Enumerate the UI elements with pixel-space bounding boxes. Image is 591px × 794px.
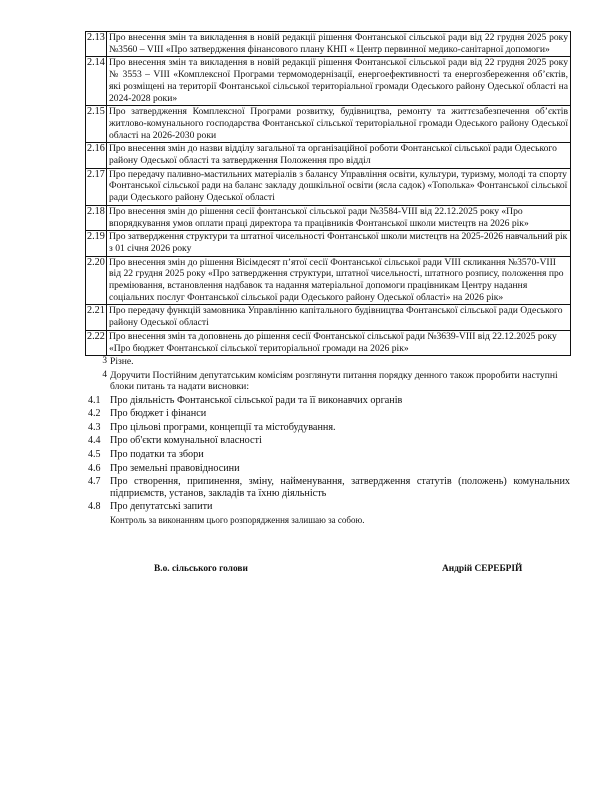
- table-row: 2.20 Про внесення змін до рішення Вісімд…: [86, 256, 571, 305]
- item-number: 3: [88, 356, 110, 368]
- item-text: Про створення, припинення, зміну, наймен…: [110, 476, 570, 499]
- item-text: Про податки та збори: [110, 449, 570, 461]
- sub-item: 4.6 Про земельні правовідносини: [88, 463, 570, 475]
- sub-item: 4.1 Про діяльність Фонтанської сільської…: [88, 395, 570, 407]
- table-row: 2.22 Про внесення змін та доповнень до р…: [86, 330, 571, 355]
- sub-item: 4.7 Про створення, припинення, зміну, на…: [88, 476, 570, 499]
- row-number: 2.22: [86, 330, 107, 355]
- control-statement: Контроль за виконанням цього розпоряджен…: [88, 515, 570, 527]
- item-text: Про депутатські запити: [110, 501, 570, 513]
- list-item-3: 3 Різне.: [88, 356, 570, 368]
- sub-item: 4.2 Про бюджет і фінанси: [88, 408, 570, 420]
- table-row: 2.21 Про передачу функцій замовника Упра…: [86, 305, 571, 330]
- row-text: Про внесення змін до рішення Вісімдесят …: [107, 256, 571, 305]
- document-page: 2.13 Про внесення змін та викладення в н…: [0, 0, 591, 794]
- row-number: 2.18: [86, 205, 107, 230]
- item-number: 4.8: [88, 501, 110, 513]
- signature-position: В.о. сільського голови: [154, 564, 248, 574]
- row-number: 2.20: [86, 256, 107, 305]
- item-text: Про бюджет і фінанси: [110, 408, 570, 420]
- resolution-list: 3 Різне. 4 Доручити Постійним депутатськ…: [88, 356, 570, 526]
- row-number: 2.21: [86, 305, 107, 330]
- list-item-4: 4 Доручити Постійним депутатським комісі…: [88, 370, 570, 393]
- item-number: 4: [88, 370, 110, 382]
- item-text: Про діяльність Фонтанської сільської рад…: [110, 395, 570, 407]
- row-number: 2.14: [86, 57, 107, 106]
- table-row: 2.19 Про затвердження структури та штатн…: [86, 231, 571, 256]
- signature-name: Андрій СЕРЕБРІЙ: [442, 564, 522, 574]
- row-text: Про внесення змін та доповнень до рішенн…: [107, 330, 571, 355]
- row-number: 2.15: [86, 106, 107, 143]
- item-number: 4.5: [88, 449, 110, 461]
- table-row: 2.18 Про внесення змін до рішення сесії …: [86, 205, 571, 230]
- item-text: Про земельні правовідносини: [110, 463, 570, 475]
- row-text: Про внесення змін та викладення в новій …: [107, 32, 571, 57]
- table-row: 2.14 Про внесення змін та викладення в н…: [86, 57, 571, 106]
- row-number: 2.13: [86, 32, 107, 57]
- row-text: Про затвердження Комплексної Програми ро…: [107, 106, 571, 143]
- row-number: 2.16: [86, 143, 107, 168]
- sub-item: 4.5 Про податки та збори: [88, 449, 570, 461]
- item-number: 4.3: [88, 422, 110, 434]
- item-number: 4.1: [88, 395, 110, 407]
- item-text: Про цільові програми, концепції та місто…: [110, 422, 570, 434]
- item-number: 4.7: [88, 476, 110, 488]
- row-number: 2.19: [86, 231, 107, 256]
- agenda-table: 2.13 Про внесення змін та викладення в н…: [85, 31, 571, 356]
- item-number: 4.4: [88, 435, 110, 447]
- table-row: 2.16 Про внесення змін до назви відділу …: [86, 143, 571, 168]
- item-text: Різне.: [110, 356, 570, 368]
- item-text: Про об'єкти комунальної власності: [110, 435, 570, 447]
- sub-item: 4.4 Про об'єкти комунальної власності: [88, 435, 570, 447]
- row-text: Про внесення змін до рішення сесії фонта…: [107, 205, 571, 230]
- item-number: 4.2: [88, 408, 110, 420]
- row-number: 2.17: [86, 168, 107, 205]
- table-row: 2.17 Про передачу паливно-мастильних мат…: [86, 168, 571, 205]
- item-text: Доручити Постійним депутатським комісіям…: [110, 370, 570, 393]
- row-text: Про внесення змін до назви відділу загал…: [107, 143, 571, 168]
- table-row: 2.15 Про затвердження Комплексної Програ…: [86, 106, 571, 143]
- sub-item: 4.3 Про цільові програми, концепції та м…: [88, 422, 570, 434]
- row-text: Про передачу функцій замовника Управлінн…: [107, 305, 571, 330]
- row-text: Про передачу паливно-мастильних матеріал…: [107, 168, 571, 205]
- sub-item: 4.8 Про депутатські запити: [88, 501, 570, 513]
- row-text: Про затвердження структури та штатної чи…: [107, 231, 571, 256]
- table-row: 2.13 Про внесення змін та викладення в н…: [86, 32, 571, 57]
- row-text: Про внесення змін та викладення в новій …: [107, 57, 571, 106]
- item-number: 4.6: [88, 463, 110, 475]
